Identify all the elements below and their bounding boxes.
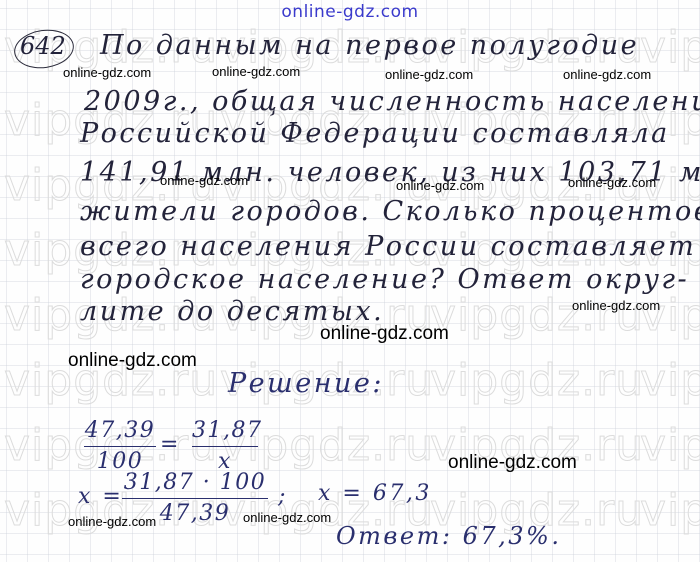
site-watermark: online-gdz.com <box>568 175 656 190</box>
site-watermark: online-gdz.com <box>572 298 660 313</box>
site-watermark: online-gdz.com <box>448 452 577 474</box>
numerator: 31,87 · 100 <box>122 470 268 496</box>
site-watermark: online-gdz.com <box>68 514 156 529</box>
bg-watermark: vipgdz.ru <box>640 485 700 536</box>
fraction-bar <box>122 498 268 499</box>
site-watermark: online-gdz.com <box>68 350 197 372</box>
proportion-right: 31,87 x <box>192 418 258 475</box>
bg-watermark: vipgdz.ru <box>640 420 700 471</box>
bg-watermark: vipgdz.ru <box>640 355 700 406</box>
calc-result: x = 67,3 <box>318 481 432 506</box>
problem-line: городское население? Ответ округ- <box>80 264 689 295</box>
site-watermark: online-gdz.com <box>396 178 484 193</box>
calc-lhs: x = <box>78 484 123 509</box>
site-watermark: online-gdz.com <box>63 65 151 80</box>
problem-line: Российской Федерации составляла <box>80 118 670 149</box>
problem-line: 2009г., общая численность населения <box>84 86 700 117</box>
solution-heading: Решение: <box>228 368 384 399</box>
site-watermark: online-gdz.com <box>243 510 331 525</box>
site-watermark: online-gdz.com <box>212 64 300 79</box>
fraction-bar <box>84 446 156 447</box>
site-watermark: online-gdz.com <box>160 173 248 188</box>
equals-sign: = <box>160 432 181 457</box>
numerator: 31,87 <box>192 418 258 444</box>
calc-separator: ; <box>278 484 288 509</box>
problem-line: По данным на первое полугодие <box>100 30 639 61</box>
top-watermark: online-gdz.com <box>0 2 700 22</box>
bg-watermark: vipgdz.ru <box>640 22 700 73</box>
proportion-left: 47,39 100 <box>84 418 156 475</box>
site-watermark: online-gdz.com <box>563 67 651 82</box>
site-watermark: online-gdz.com <box>320 323 449 345</box>
problem-number: 642 <box>20 32 66 60</box>
numerator: 47,39 <box>84 418 156 444</box>
bg-watermark: vipgdz.ru <box>430 355 644 406</box>
homework-page: vipgdz.ru vipgdz.ru vipgdz.ru vipgdz.ru … <box>0 0 700 562</box>
site-watermark: online-gdz.com <box>385 67 473 82</box>
fraction-bar <box>192 446 258 447</box>
problem-line: всего населения России составляет <box>80 231 696 262</box>
problem-line: жители городов. Сколько процентов <box>80 196 700 227</box>
answer: Ответ: 67,3%. <box>336 522 561 550</box>
